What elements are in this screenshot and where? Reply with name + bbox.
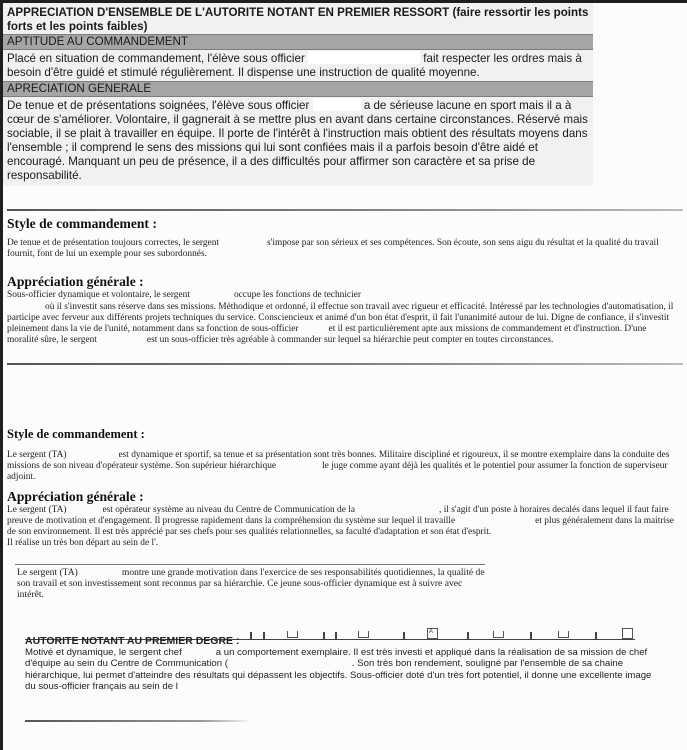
- signature-line: [25, 720, 247, 722]
- evaluation-block-5: AUTORITE NOTANT AU PREMIER DEGRE : Motiv…: [25, 635, 655, 693]
- authority-title: AUTORITE NOTANT AU PREMIER DEGRE :: [25, 635, 655, 647]
- evaluation-block-4: Le sergent (TA)montre une grande motivat…: [17, 567, 487, 600]
- document-page: APPRECIATION D'ENSEMBLE DE L'AUTORITE NO…: [3, 3, 687, 750]
- appreciation-title: Appréciation générale :: [7, 489, 683, 505]
- redacted-name: [308, 51, 420, 64]
- section-title-aptitude: APTITUDE AU COMMANDEMENT: [3, 34, 593, 50]
- divider: [7, 209, 683, 211]
- evaluation-form-block: APPRECIATION D'ENSEMBLE DE L'AUTORITE NO…: [3, 3, 593, 186]
- divider: [15, 564, 485, 565]
- style-title: Style de commandement :: [7, 427, 683, 442]
- style-text: De tenue et de présentation toujours cor…: [7, 238, 679, 260]
- appreciation-text: Le sergent (TA)est opérateur système au …: [7, 505, 683, 550]
- evaluation-block-3: Style de commandement : Le sergent (TA)e…: [7, 427, 683, 549]
- authority-text: Motivé et dynamique, le sergent chefa un…: [25, 647, 655, 693]
- redacted-name: [313, 98, 361, 111]
- evaluation-block-2: Style de commandement : De tenue et de p…: [7, 216, 679, 346]
- divider: [7, 363, 683, 365]
- aptitude-text: Placé en situation de commandement, l'él…: [3, 50, 593, 81]
- appreciation-title: Appréciation générale :: [7, 274, 679, 290]
- style-title: Style de commandement :: [7, 216, 679, 232]
- form-header: APPRECIATION D'ENSEMBLE DE L'AUTORITE NO…: [3, 3, 593, 34]
- appreciation-text: Sous-officier dynamique et volontaire, l…: [7, 290, 679, 346]
- appreciation-text: De tenue et de présentations soignées, l…: [3, 97, 593, 184]
- section-title-appreciation: APRECIATION GENERALE: [3, 81, 593, 97]
- style-text: Le sergent (TA)est dynamique et sportif,…: [7, 450, 683, 484]
